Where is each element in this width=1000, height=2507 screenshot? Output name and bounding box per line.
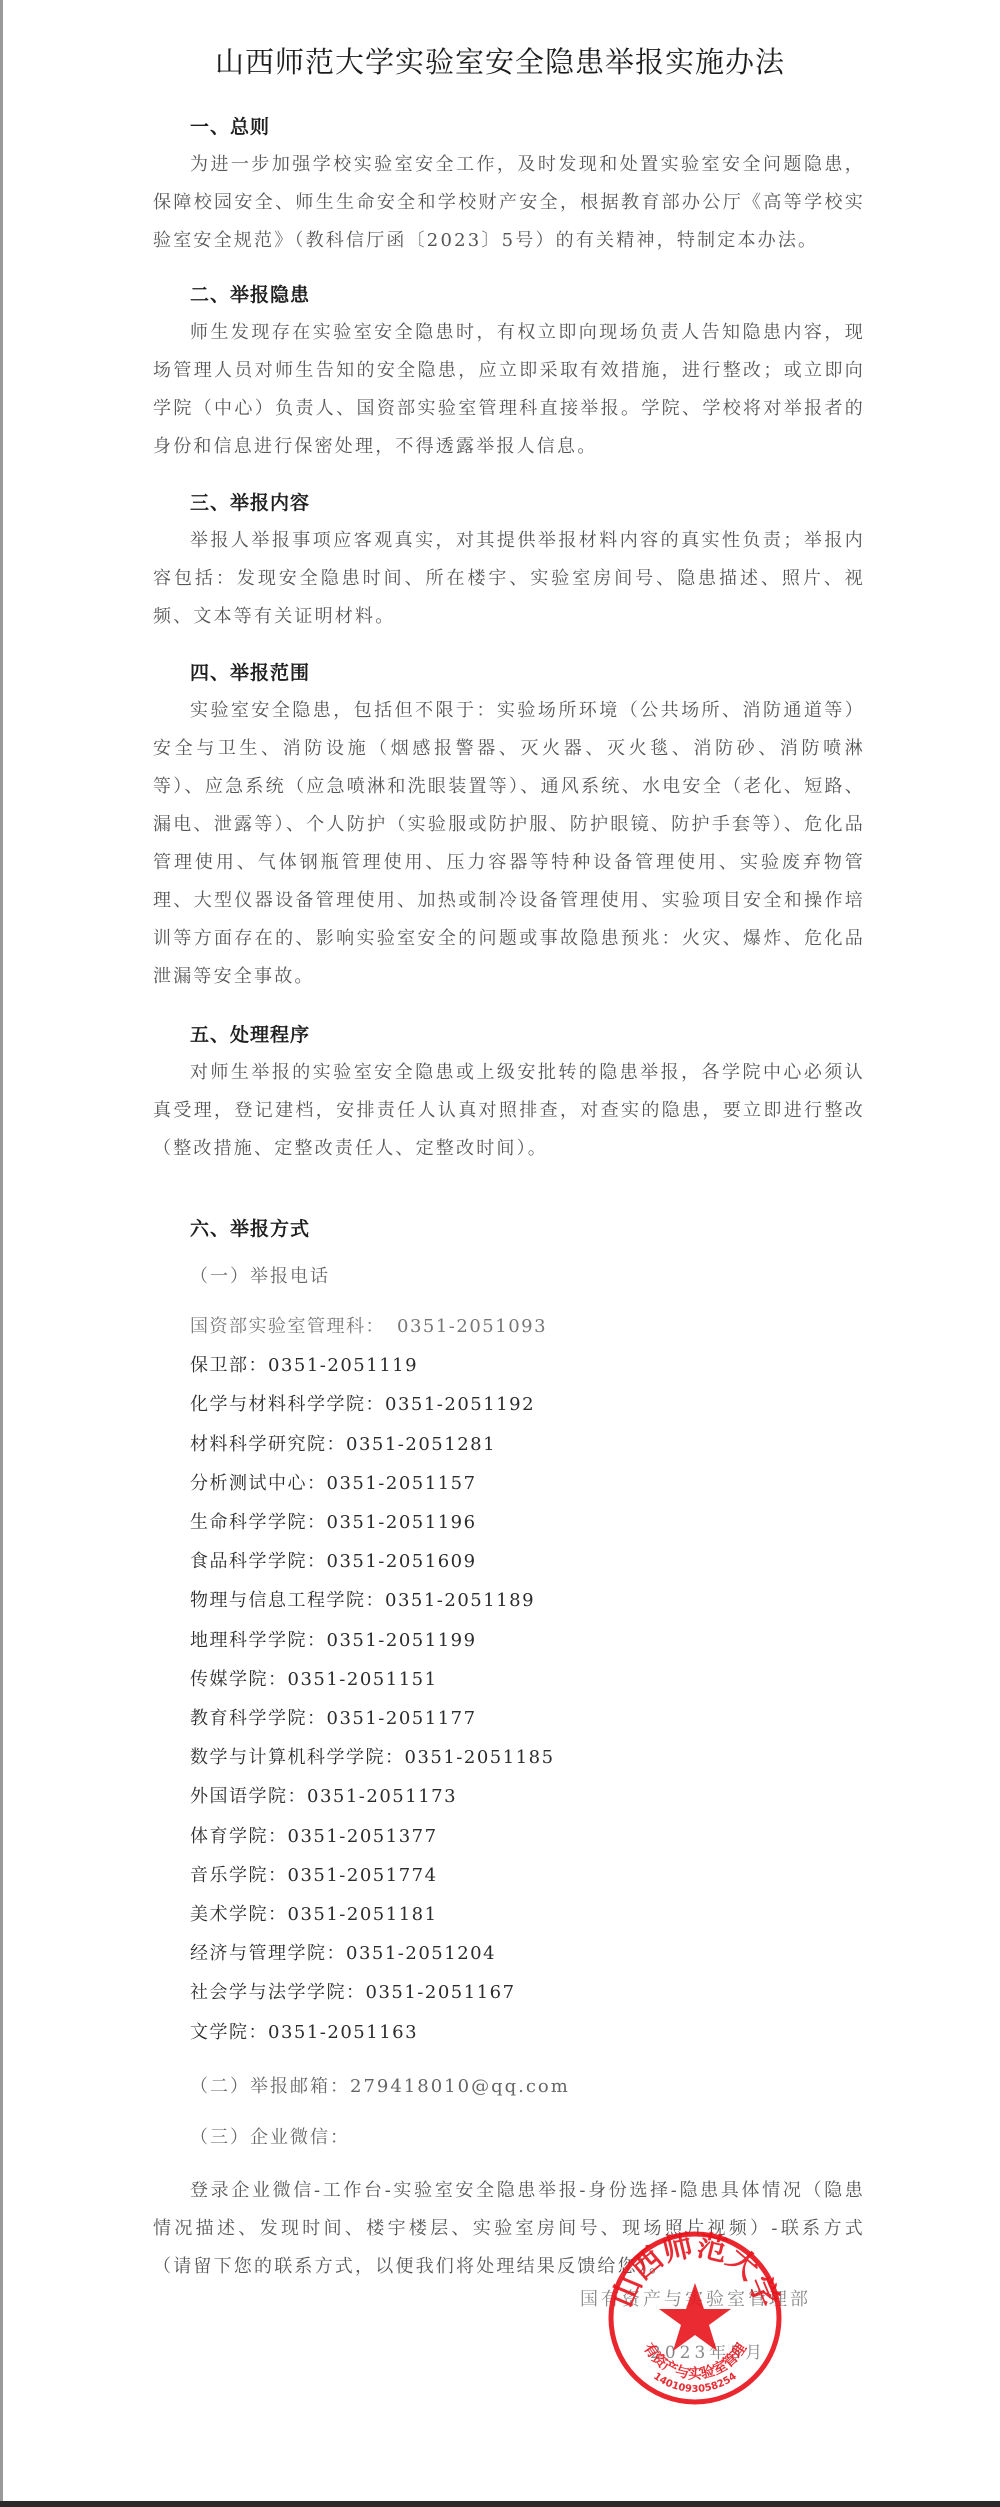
phone-number: 0351-2051163 [268, 2022, 418, 2043]
phone-number: 0351-2051177 [327, 1708, 477, 1729]
phone-list-item: 分析测试中心：0351-2051157 [190, 1469, 477, 1495]
section-paragraph-report-hazards: 师生发现存在实验室安全隐患时，有权立即向现场负责人告知隐患内容，现场管理人员对师… [153, 314, 865, 466]
department-name: 美术学院： [190, 1904, 288, 1925]
email-subsection-label: （二）举报邮箱：279418010@qq.com [190, 2072, 570, 2098]
department-name: 分析测试中心： [190, 1473, 327, 1494]
department-name: 保卫部： [190, 1355, 268, 1376]
phone-list-item: 传媒学院：0351-2051151 [190, 1665, 438, 1691]
phone-list-item: 保卫部：0351-2051119 [190, 1351, 418, 1377]
department-name: 体育学院： [190, 1826, 288, 1847]
document-title: 山西师范大学实验室安全隐患举报实施办法 [0, 40, 1000, 81]
phone-number: 0351-2051189 [385, 1590, 535, 1611]
department-name: 材料科学研究院： [190, 1434, 346, 1455]
phone-list-item: 化学与材料科学学院：0351-2051192 [190, 1390, 535, 1416]
phone-list-item: 生命科学学院：0351-2051196 [190, 1508, 477, 1534]
department-name: 化学与材料科学学院： [190, 1394, 385, 1415]
phone-list-item: 教育科学学院：0351-2051177 [190, 1704, 477, 1730]
phone-list-item: 数学与计算机科学学院：0351-2051185 [190, 1743, 555, 1769]
department-name: 传媒学院： [190, 1669, 288, 1690]
phone-list-item: 食品科学学院：0351-2051609 [190, 1547, 477, 1573]
phone-subsection-label: （一）举报电话 [190, 1262, 330, 1288]
phone-list-item: 体育学院：0351-2051377 [190, 1822, 438, 1848]
phone-list-item: 文学院：0351-2051163 [190, 2018, 418, 2044]
section-paragraph-report-scope: 实验室安全隐患，包括但不限于：实验场所环境（公共场所、消防通道等）安全与卫生、消… [153, 692, 865, 996]
department-name: 食品科学学院： [190, 1551, 327, 1572]
phone-list-item: 音乐学院：0351-2051774 [190, 1861, 438, 1887]
department-name: 地理科学学院： [190, 1630, 327, 1651]
phone-list-item: 外国语学院：0351-2051173 [190, 1782, 457, 1808]
phone-number: 0351-2051377 [288, 1826, 438, 1847]
phone-number: 0351-2051173 [307, 1786, 457, 1807]
section-paragraph-procedure: 对师生举报的实验室安全隐患或上级安批转的隐患举报，各学院中心必须认真受理，登记建… [153, 1054, 865, 1168]
phone-number: 0351-2051157 [327, 1473, 477, 1494]
phone-number: 0351-2051093 [397, 1316, 547, 1337]
section-heading-procedure: 五、处理程序 [190, 1020, 310, 1047]
official-seal-icon: 山西师范大学 国有资产与实验室管理部 1401093058254 [605, 2228, 785, 2408]
department-name: 外国语学院： [190, 1786, 307, 1807]
phone-list-item: 美术学院：0351-2051181 [190, 1900, 438, 1926]
section-heading-report-scope: 四、举报范围 [190, 658, 310, 685]
phone-list-item: 社会学与法学学院：0351-2051167 [190, 1978, 516, 2004]
phone-number: 0351-2051196 [327, 1512, 477, 1533]
department-name: 物理与信息工程学院： [190, 1590, 385, 1611]
department-name: 国资部实验室管理科： [190, 1316, 385, 1337]
phone-number: 0351-2051151 [288, 1669, 438, 1690]
page-bottom-edge [0, 2501, 1000, 2507]
wechat-subsection-label: （三）企业微信： [190, 2123, 350, 2149]
section-heading-report-methods: 六、举报方式 [190, 1214, 310, 1241]
section-heading-report-content: 三、举报内容 [190, 488, 310, 515]
department-name: 教育科学学院： [190, 1708, 327, 1729]
department-name: 经济与管理学院： [190, 1943, 346, 1964]
phone-number: 0351-2051167 [366, 1982, 516, 2003]
phone-number: 0351-2051119 [268, 1355, 418, 1376]
section-paragraph-general: 为进一步加强学校实验室安全工作，及时发现和处置实验室安全问题隐患，保障校园安全、… [153, 146, 865, 260]
section-paragraph-report-content: 举报人举报事项应客观真实，对其提供举报材料内容的真实性负责；举报内容包括：发现安… [153, 522, 865, 636]
phone-list-item: 经济与管理学院：0351-2051204 [190, 1939, 496, 1965]
phone-number: 0351-2051204 [346, 1943, 496, 1964]
department-name: 生命科学学院： [190, 1512, 327, 1533]
phone-number: 0351-2051281 [346, 1434, 496, 1455]
phone-number: 0351-2051181 [288, 1904, 438, 1925]
phone-list-item: 国资部实验室管理科：0351-2051093 [190, 1312, 547, 1338]
phone-list-item: 物理与信息工程学院：0351-2051189 [190, 1586, 535, 1612]
phone-number: 0351-2051185 [405, 1747, 555, 1768]
department-name: 音乐学院： [190, 1865, 288, 1886]
phone-list-item: 材料科学研究院：0351-2051281 [190, 1430, 496, 1456]
department-name: 社会学与法学学院： [190, 1982, 366, 2003]
phone-number: 0351-2051192 [385, 1394, 535, 1415]
section-heading-report-hazards: 二、举报隐患 [190, 280, 310, 307]
phone-number: 0351-2051774 [288, 1865, 438, 1886]
section-heading-general: 一、总则 [190, 112, 270, 139]
department-name: 数学与计算机科学学院： [190, 1747, 405, 1768]
phone-number: 0351-2051199 [327, 1630, 477, 1651]
page-left-edge [0, 0, 3, 2507]
phone-number: 0351-2051609 [327, 1551, 477, 1572]
department-name: 文学院： [190, 2022, 268, 2043]
phone-list-item: 地理科学学院：0351-2051199 [190, 1626, 477, 1652]
